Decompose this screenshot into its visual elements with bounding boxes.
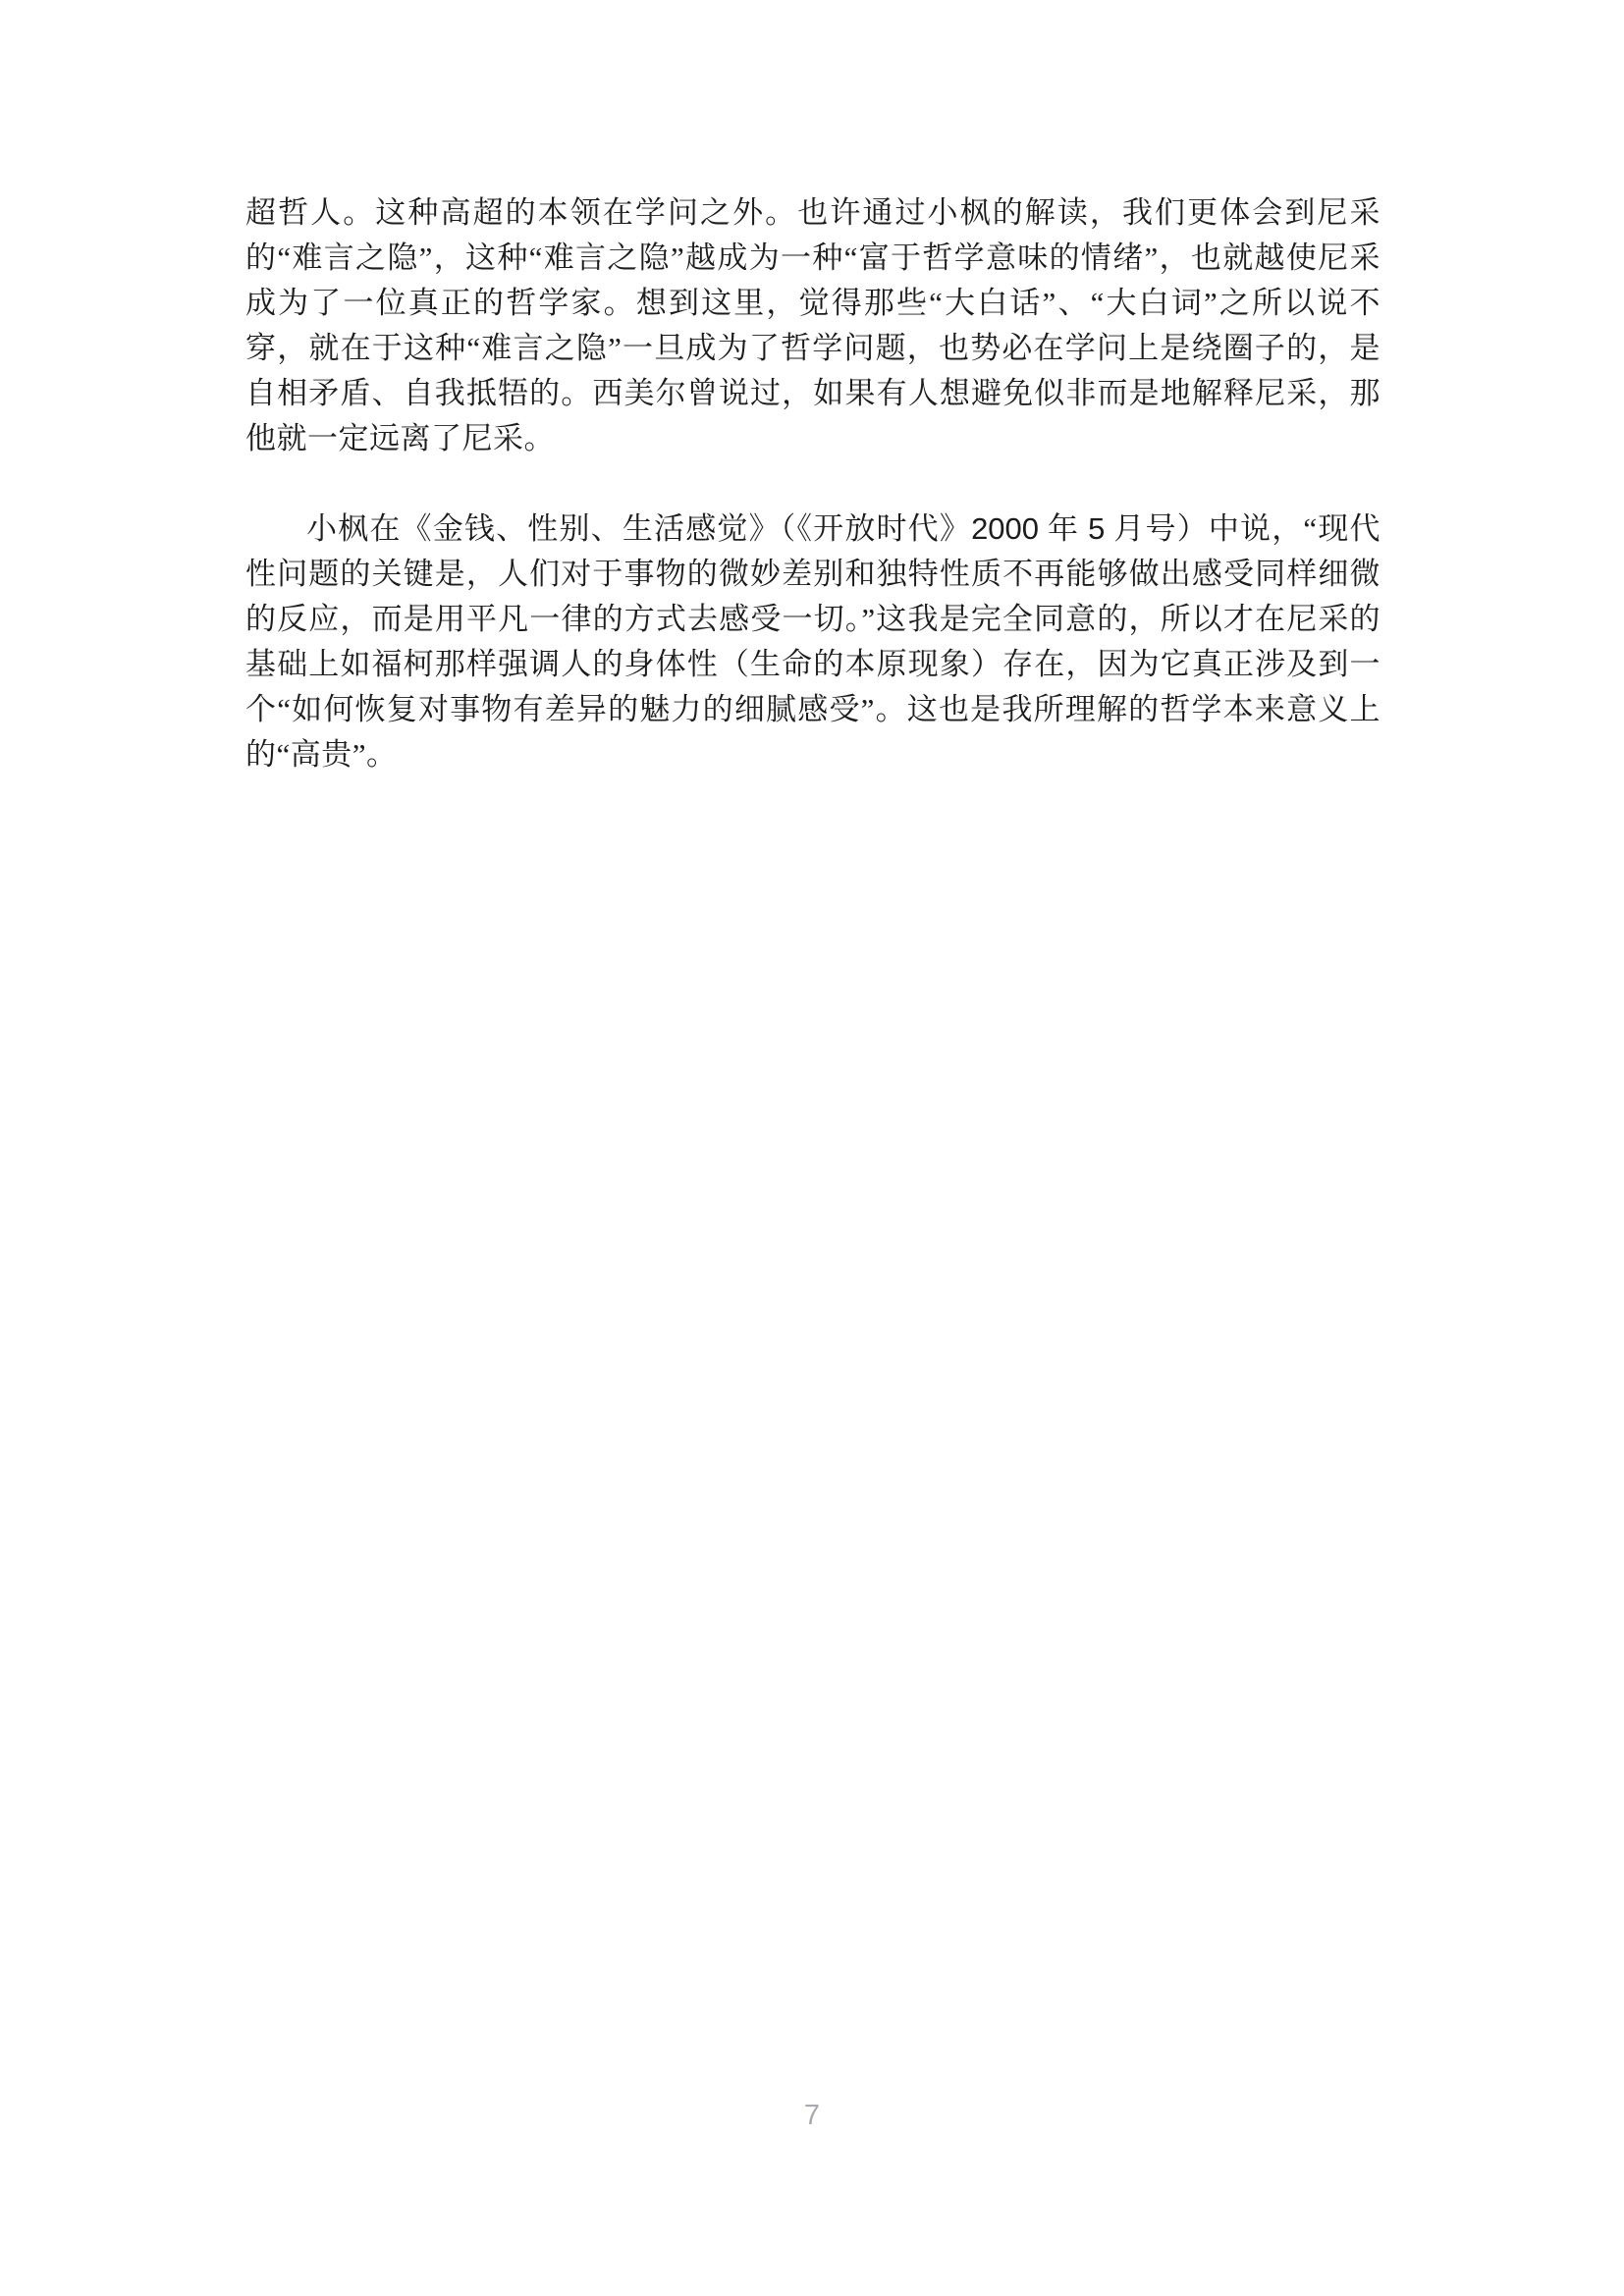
paragraph-2-text-lead: 小枫在《金钱、性别、生活感觉》（《开放时代》: [306, 511, 971, 546]
page-body-text: 超哲人。这种高超的本领在学问之外。也许通过小枫的解读，我们更体会到尼采的“难言之…: [245, 190, 1380, 777]
page-number: 7: [0, 2099, 1624, 2132]
paragraph-2: 小枫在《金钱、性别、生活感觉》（《开放时代》2000 年 5 月号）中说，“现代…: [245, 507, 1380, 777]
paragraph-2-text-rest: 月号）中说，“现代性问题的关键是，人们对于事物的微妙差别和独特性质不再能够做出感…: [245, 511, 1380, 772]
year-number: 2000: [971, 511, 1039, 546]
document-page: 超哲人。这种高超的本领在学问之外。也许通过小枫的解读，我们更体会到尼采的“难言之…: [0, 0, 1624, 2296]
paragraph-2-text-year-unit: 年: [1039, 511, 1088, 546]
paragraph-1: 超哲人。这种高超的本领在学问之外。也许通过小枫的解读，我们更体会到尼采的“难言之…: [245, 190, 1380, 461]
month-number: 5: [1088, 511, 1105, 546]
